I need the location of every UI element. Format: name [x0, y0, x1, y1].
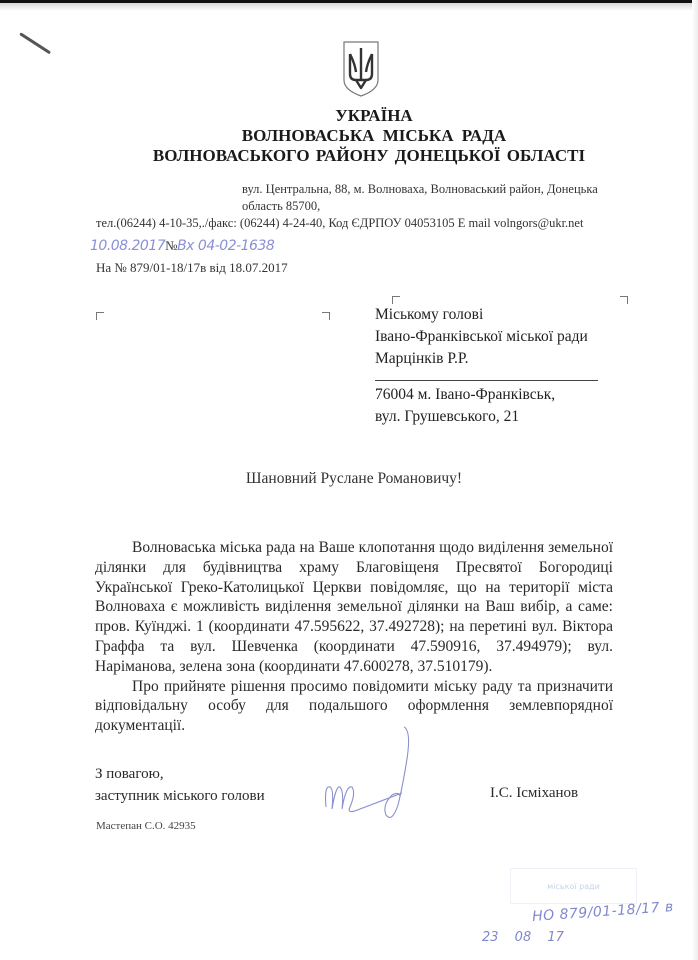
contact-block: вул. Центральна, 88, м. Волноваха, Волно…	[96, 181, 616, 232]
margin-corner-mark	[620, 296, 628, 304]
registration-number: Вх 04-02-1638	[177, 238, 274, 254]
region-title: ВОЛНОВАСЬКОГО РАЙОНУ ДОНЕЦЬКОЇ ОБЛАСТІ	[0, 146, 698, 166]
letterhead: УКРАЇНА ВОЛНОВАСЬКА МІСЬКА РАДА ВОЛНОВАС…	[0, 106, 698, 166]
margin-corner-mark	[96, 312, 104, 320]
recipient-city: 76004 м. Івано-Франківськ,	[375, 384, 555, 406]
number-sign: №	[165, 238, 177, 253]
trident-emblem-icon	[342, 40, 380, 98]
salutation: Шановний Руслане Романовичу!	[0, 470, 698, 488]
page-top-shadow	[0, 3, 698, 11]
recipient-position: Міському голові	[375, 304, 588, 326]
registration-date: 10.08.2017	[90, 238, 165, 254]
recipient-divider	[375, 380, 598, 381]
recipient-street: вул. Грушевського, 21	[375, 406, 555, 428]
margin-corner-mark	[322, 312, 330, 320]
registration-stamp: 10.08.2017№Вх 04-02-1638	[90, 238, 274, 254]
recipient-name: Марцінків Р.Р.	[375, 348, 588, 370]
closing-block: З повагою, заступник міського голови	[95, 763, 265, 807]
body-paragraph: Волноваська міська рада на Ваше клопотан…	[95, 538, 613, 677]
letter-body: Волноваська міська рада на Ваше клопотан…	[95, 538, 613, 736]
handwritten-date: 23 08 17	[482, 930, 564, 945]
signature-icon	[320, 725, 410, 825]
recipient-address: 76004 м. Івано-Франківськ, вул. Грушевсь…	[375, 384, 555, 428]
staple-mark	[19, 32, 51, 54]
council-address: вул. Центральна, 88, м. Волноваха, Волно…	[96, 181, 616, 215]
recipient-organization: Івано-Франківської міської ради	[375, 326, 588, 348]
reference-line: На № 879/01-18/17в від 18.07.2017	[96, 260, 288, 276]
regards: З повагою,	[95, 763, 265, 785]
country-title: УКРАЇНА	[0, 106, 698, 126]
executor-note: Мастепан С.О. 42935	[96, 820, 196, 832]
council-title: ВОЛНОВАСЬКА МІСЬКА РАДА	[0, 126, 698, 146]
signer-position: заступник міського голови	[95, 785, 265, 807]
council-phones-email: тел.(06244) 4-10-35,./факс: (06244) 4-24…	[96, 215, 616, 232]
incoming-stamp: міської ради	[510, 868, 637, 904]
margin-corner-mark	[392, 296, 400, 304]
recipient-block: Міському голові Івано-Франківської міськ…	[375, 304, 588, 370]
signer-name: І.С. Ісміханов	[490, 785, 578, 802]
stamp-text: міської ради	[511, 881, 636, 892]
